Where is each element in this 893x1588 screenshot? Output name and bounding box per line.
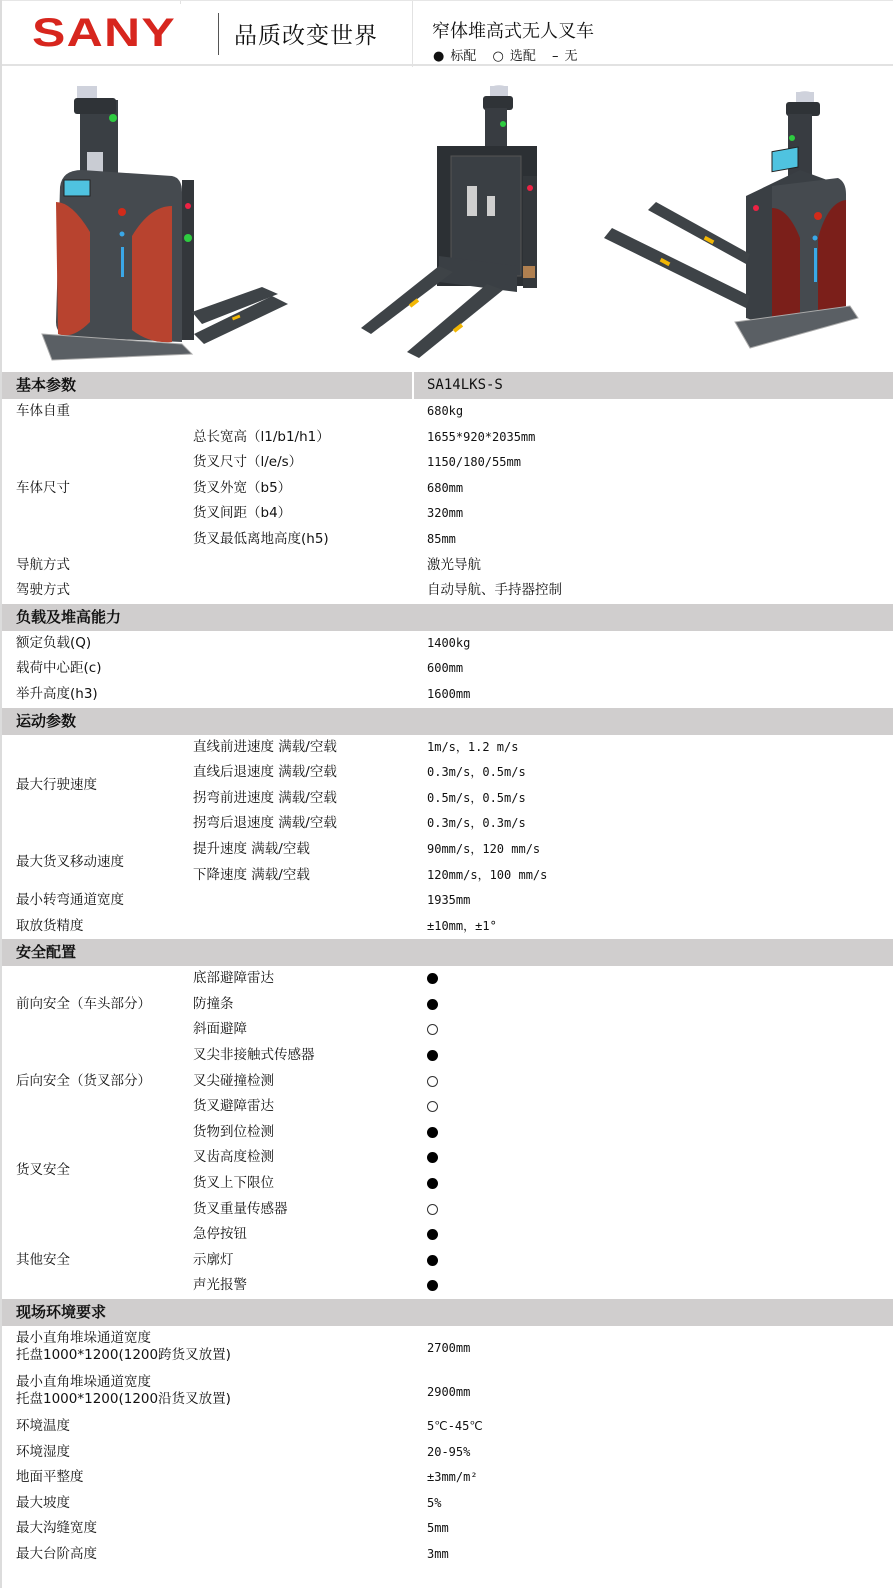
spec-row: 下降速度 满载/空载 120mm/s，100 mm/s: [2, 863, 893, 889]
spec-row: 最小直角堆垛通道宽度托盘1000*1200(1200沿货叉放置) 2900mm: [2, 1370, 893, 1414]
row-label: 最小转弯通道宽度: [16, 888, 124, 914]
slogan: 品质改变世界: [234, 17, 378, 50]
config-cell: [427, 1069, 438, 1095]
model-number: SA14LKS-S: [427, 372, 503, 399]
spec-row: 总长宽高（l1/b1/h1） 1655*920*2035mm: [2, 425, 893, 451]
row-label: 额定负载(Q): [16, 631, 91, 657]
row-value: 1655*920*2035mm: [427, 425, 535, 451]
standard-filled-circle-icon: [427, 1255, 438, 1266]
product-images: [2, 66, 893, 372]
standard-filled-circle-icon: [427, 1280, 438, 1291]
row-value: 1m/s，1.2 m/s: [427, 735, 518, 761]
row-value: 85mm: [427, 527, 456, 553]
row-value: 1935mm: [427, 888, 470, 914]
row-value: 600mm: [427, 656, 463, 682]
spec-row: 叉齿高度检测: [2, 1145, 893, 1171]
legend-none: –无: [552, 49, 584, 64]
spec-row: 拐弯前进速度 满载/空载 0.5m/s，0.5m/s: [2, 786, 893, 812]
row-value: 0.5m/s，0.5m/s: [427, 786, 526, 812]
row-value: 5℃-45℃: [427, 1414, 483, 1440]
label-line: 托盘1000*1200(1200跨货叉放置): [16, 1347, 231, 1363]
spec-row: 环境湿度 20-95%: [2, 1440, 893, 1466]
row-value: 90mm/s，120 mm/s: [427, 837, 540, 863]
row-value: 自动导航、手持器控制: [427, 578, 562, 604]
optional-hollow-circle-icon: [427, 1076, 438, 1087]
section-site-requirements: 现场环境要求: [2, 1299, 893, 1326]
spec-row: 叉尖碰撞检测: [2, 1069, 893, 1095]
row-sublabel: 急停按钮: [193, 1222, 247, 1248]
label-line: 最小直角堆垛通道宽度: [16, 1374, 151, 1390]
divider: [180, 1, 181, 4]
label-line: 托盘1000*1200(1200沿货叉放置): [16, 1391, 231, 1407]
spec-row: 举升高度(h3) 1600mm: [2, 682, 893, 708]
row-group-fork-safety: 货叉安全 货物到位检测 叉齿高度检测 货叉上下限位 货叉重量传感器: [2, 1120, 893, 1222]
legend-standard: ●标配: [433, 49, 482, 64]
forklift-image-front-left: [32, 72, 292, 368]
row-sublabel: 货叉最低离地高度(h5): [193, 527, 329, 553]
row-value: 0.3m/s，0.3m/s: [427, 811, 526, 837]
row-sublabel: 下降速度 满载/空载: [193, 863, 310, 889]
row-sublabel: 直线后退速度 满载/空载: [193, 760, 337, 786]
row-label: 最小直角堆垛通道宽度托盘1000*1200(1200沿货叉放置): [16, 1374, 231, 1408]
row-sublabel: 提升速度 满载/空载: [193, 837, 310, 863]
config-cell: [427, 1145, 438, 1171]
config-legend: ●标配 ○选配 –无: [433, 45, 590, 64]
spec-row: 货物到位检测: [2, 1120, 893, 1146]
spec-row: 叉尖非接触式传感器: [2, 1043, 893, 1069]
row-value: 20-95%: [427, 1440, 470, 1466]
header-divider: [412, 1, 413, 67]
forklift-image-front-right: [600, 78, 860, 368]
row-group-max-travel-speed: 最大行驶速度 直线前进速度 满载/空载 1m/s，1.2 m/s 直线后退速度 …: [2, 735, 893, 837]
spec-row: 防撞条: [2, 992, 893, 1018]
standard-filled-circle-icon: [427, 1178, 438, 1189]
optional-hollow-circle-icon: [427, 1101, 438, 1112]
row-sublabel: 叉尖碰撞检测: [193, 1069, 274, 1095]
row-label: 最大台阶高度: [16, 1542, 97, 1568]
row-value: 120mm/s，100 mm/s: [427, 863, 547, 889]
row-sublabel: 底部避障雷达: [193, 966, 274, 992]
spec-row: 底部避障雷达: [2, 966, 893, 992]
spec-row: 最小转弯通道宽度 1935mm: [2, 888, 893, 914]
spec-row: 额定负载(Q) 1400kg: [2, 631, 893, 657]
row-value: 5%: [427, 1491, 441, 1517]
config-cell: [427, 1120, 438, 1146]
spec-row: 导航方式 激光导航: [2, 553, 893, 579]
row-sublabel: 货叉尺寸（l/e/s）: [193, 450, 302, 476]
section-title: 安全配置: [16, 939, 76, 966]
spec-row: 载荷中心距(c) 600mm: [2, 656, 893, 682]
config-cell: [427, 1094, 438, 1120]
header-bar: SANY 品质改变世界 窄体堆高式无人叉车 ●标配 ○选配 –无: [2, 0, 893, 66]
spec-row: 声光报警: [2, 1273, 893, 1299]
row-value: ±10mm，±1°: [427, 914, 497, 940]
spec-row: 提升速度 满载/空载 90mm/s，120 mm/s: [2, 837, 893, 863]
config-cell: [427, 1043, 438, 1069]
config-cell: [427, 1273, 438, 1299]
spec-row: 货叉尺寸（l/e/s） 1150/180/55mm: [2, 450, 893, 476]
row-sublabel: 斜面避障: [193, 1017, 247, 1043]
spec-row: 最小直角堆垛通道宽度托盘1000*1200(1200跨货叉放置) 2700mm: [2, 1326, 893, 1370]
row-value: 680kg: [427, 399, 463, 425]
row-value: 1150/180/55mm: [427, 450, 521, 476]
row-sublabel: 货叉外宽（b5）: [193, 476, 291, 502]
row-label: 载荷中心距(c): [16, 656, 101, 682]
row-sublabel: 货物到位检测: [193, 1120, 274, 1146]
column-divider: [412, 372, 414, 399]
forklift-image-rear: [327, 76, 547, 366]
standard-filled-circle-icon: [427, 1127, 438, 1138]
filled-circle-icon: ●: [433, 49, 444, 64]
dash-icon: –: [552, 49, 559, 64]
row-value: 0.3m/s，0.5m/s: [427, 760, 526, 786]
spec-row: 货叉重量传感器: [2, 1197, 893, 1223]
spec-row: 示廓灯: [2, 1248, 893, 1274]
label-line: 最小直角堆垛通道宽度: [16, 1330, 151, 1346]
row-value: 2900mm: [427, 1370, 470, 1414]
row-value: 680mm: [427, 476, 463, 502]
row-group-max-fork-speed: 最大货叉移动速度 提升速度 满载/空载 90mm/s，120 mm/s 下降速度…: [2, 837, 893, 888]
row-sublabel: 声光报警: [193, 1273, 247, 1299]
row-sublabel: 货叉避障雷达: [193, 1094, 274, 1120]
row-value: ±3mm/m²: [427, 1465, 478, 1491]
row-label: 最大沟缝宽度: [16, 1516, 97, 1542]
row-label: 最小直角堆垛通道宽度托盘1000*1200(1200跨货叉放置): [16, 1330, 231, 1364]
row-sublabel: 货叉间距（b4）: [193, 501, 291, 527]
row-label: 驾驶方式: [16, 578, 70, 604]
section-title: 现场环境要求: [16, 1299, 106, 1326]
row-label: 车体自重: [16, 399, 70, 425]
row-sublabel: 拐弯前进速度 满载/空载: [193, 786, 337, 812]
section-safety-config: 安全配置: [2, 939, 893, 966]
row-label: 地面平整度: [16, 1465, 84, 1491]
row-value: 3mm: [427, 1542, 449, 1568]
row-group-rear-safety: 后向安全（货叉部分） 叉尖非接触式传感器 叉尖碰撞检测 货叉避障雷达: [2, 1043, 893, 1120]
row-group-other-safety: 其他安全 急停按钮 示廓灯 声光报警: [2, 1222, 893, 1299]
spec-row: 直线前进速度 满载/空载 1m/s，1.2 m/s: [2, 735, 893, 761]
spec-row: 环境温度 5℃-45℃: [2, 1414, 893, 1440]
row-sublabel: 货叉重量传感器: [193, 1197, 288, 1223]
row-label: 举升高度(h3): [16, 682, 98, 708]
config-cell: [427, 1017, 438, 1043]
standard-filled-circle-icon: [427, 1152, 438, 1163]
row-value: 320mm: [427, 501, 463, 527]
row-group-front-safety: 前向安全（车头部分） 底部避障雷达 防撞条 斜面避障: [2, 966, 893, 1043]
brand-wordmark: SANY: [32, 16, 176, 50]
spec-row: 直线后退速度 满载/空载 0.3m/s，0.5m/s: [2, 760, 893, 786]
row-value: 1600mm: [427, 682, 470, 708]
spec-row: 最大沟缝宽度 5mm: [2, 1516, 893, 1542]
spec-row: 货叉避障雷达: [2, 1094, 893, 1120]
row-label: 环境温度: [16, 1414, 70, 1440]
row-value: 5mm: [427, 1516, 449, 1542]
row-label: 取放货精度: [16, 914, 84, 940]
config-cell: [427, 992, 438, 1018]
row-label: 最大坡度: [16, 1491, 70, 1517]
optional-hollow-circle-icon: [427, 1024, 438, 1035]
spec-row: 地面平整度 ±3mm/m²: [2, 1465, 893, 1491]
row-sublabel: 示廓灯: [193, 1248, 234, 1274]
spec-row: 取放货精度 ±10mm，±1°: [2, 914, 893, 940]
spec-row: 驾驶方式 自动导航、手持器控制: [2, 578, 893, 604]
sany-logo: SANY: [32, 16, 147, 50]
standard-filled-circle-icon: [427, 1050, 438, 1061]
product-title: 窄体堆高式无人叉车: [432, 17, 594, 43]
row-sublabel: 直线前进速度 满载/空载: [193, 735, 337, 761]
standard-filled-circle-icon: [427, 973, 438, 984]
section-title: 负载及堆高能力: [16, 604, 121, 631]
config-cell: [427, 1197, 438, 1223]
row-value: 激光导航: [427, 553, 481, 579]
spec-row: 货叉间距（b4） 320mm: [2, 501, 893, 527]
row-sublabel: 叉齿高度检测: [193, 1145, 274, 1171]
row-label: 导航方式: [16, 553, 70, 579]
spec-row: 斜面避障: [2, 1017, 893, 1043]
config-cell: [427, 1248, 438, 1274]
config-cell: [427, 1222, 438, 1248]
legend-optional: ○选配: [493, 49, 542, 64]
row-sublabel: 防撞条: [193, 992, 234, 1018]
spec-row: 货叉最低离地高度(h5) 85mm: [2, 527, 893, 553]
row-label: 环境湿度: [16, 1440, 70, 1466]
logo-divider: [218, 13, 219, 55]
standard-filled-circle-icon: [427, 1229, 438, 1240]
spec-table: 基本参数 SA14LKS-S 车体自重 680kg 总长宽高（l1/b1/h1）…: [2, 372, 893, 1568]
config-cell: [427, 966, 438, 992]
section-motion-params: 运动参数: [2, 708, 893, 735]
spec-row: 车体自重 680kg: [2, 399, 893, 425]
row-sublabel: 总长宽高（l1/b1/h1）: [193, 425, 330, 451]
spec-row: 最大坡度 5%: [2, 1491, 893, 1517]
section-load-capacity: 负载及堆高能力: [2, 604, 893, 631]
spec-row: 拐弯后退速度 满载/空载 0.3m/s，0.3m/s: [2, 811, 893, 837]
section-basic-params: 基本参数 SA14LKS-S: [2, 372, 893, 399]
hollow-circle-icon: ○: [493, 49, 504, 64]
spec-row: 货叉上下限位: [2, 1171, 893, 1197]
row-value: 2700mm: [427, 1326, 470, 1370]
row-sublabel: 拐弯后退速度 满载/空载: [193, 811, 337, 837]
section-title: 运动参数: [16, 708, 76, 735]
row-value: 1400kg: [427, 631, 470, 657]
spec-row: 最大台阶高度 3mm: [2, 1542, 893, 1568]
row-label: 车体尺寸: [16, 476, 70, 502]
row-sublabel: 货叉上下限位: [193, 1171, 274, 1197]
row-sublabel: 叉尖非接触式传感器: [193, 1043, 315, 1069]
spec-sheet: SANY 品质改变世界 窄体堆高式无人叉车 ●标配 ○选配 –无: [0, 0, 893, 1588]
optional-hollow-circle-icon: [427, 1204, 438, 1215]
standard-filled-circle-icon: [427, 999, 438, 1010]
spec-row: 急停按钮: [2, 1222, 893, 1248]
config-cell: [427, 1171, 438, 1197]
spec-row: 车体尺寸 货叉外宽（b5） 680mm: [2, 476, 893, 502]
section-title: 基本参数: [16, 372, 76, 399]
